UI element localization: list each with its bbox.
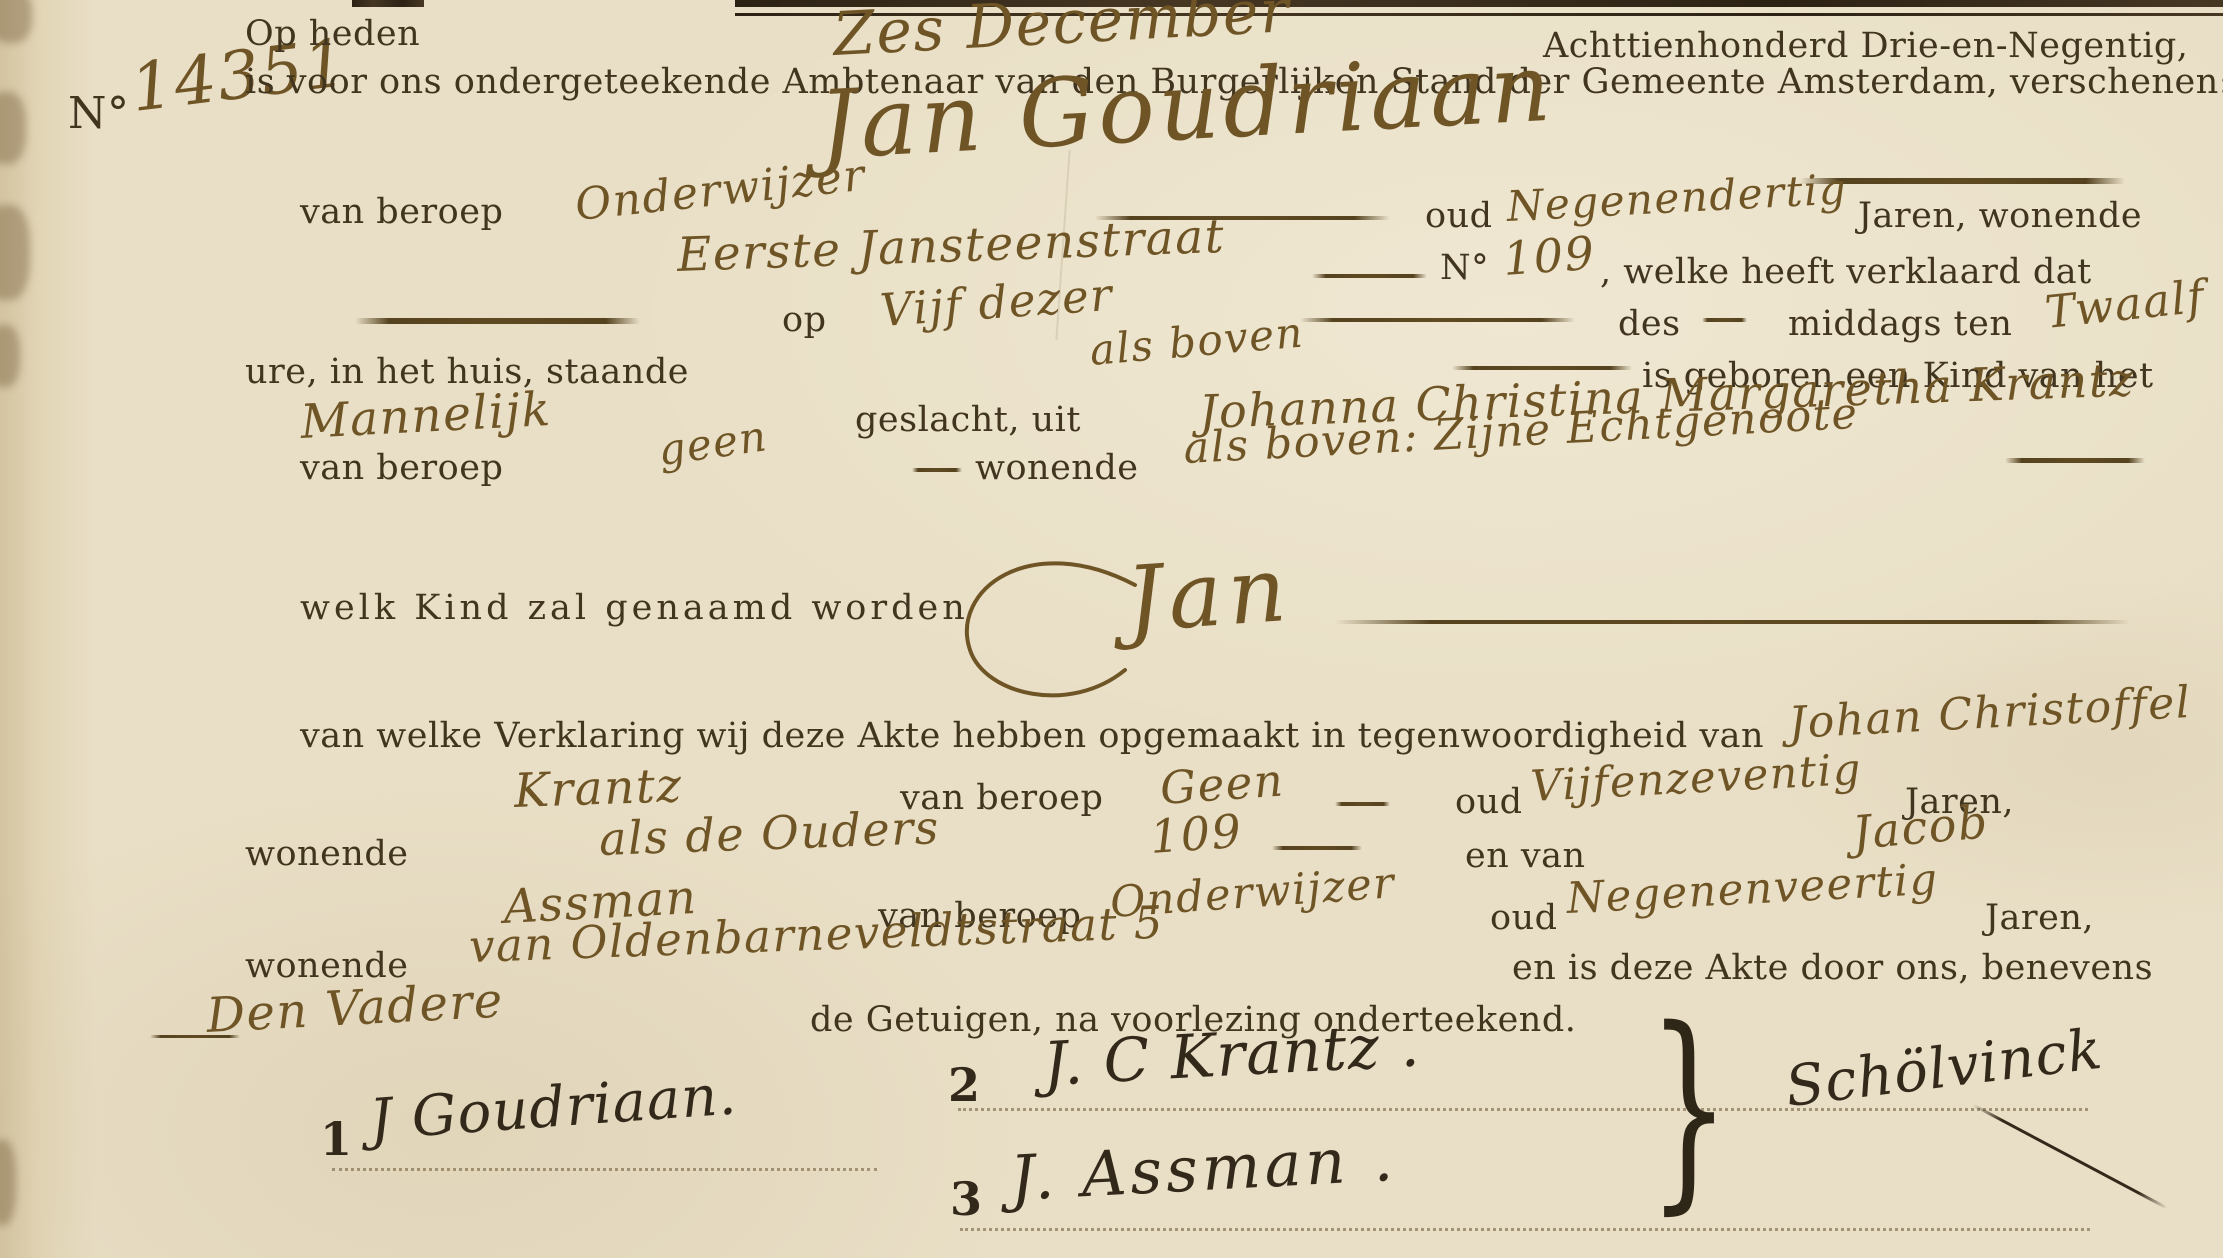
signature-line-3 xyxy=(960,1228,2090,1231)
label-en-van: en van xyxy=(1465,836,1586,876)
hw-birth-day: Vijf dezer xyxy=(878,268,1114,337)
label-wonende-1: wonende xyxy=(975,448,1138,488)
signature-brace: } xyxy=(1648,1000,1730,1215)
hw-witness1-housenumber: 109 xyxy=(1148,804,1244,864)
ink-dash xyxy=(1335,620,2130,624)
hw-child-name: Jan xyxy=(1123,537,1296,653)
label-wonende-2: wonende xyxy=(245,834,408,874)
hw-witness2-age: Negenenveertig xyxy=(1565,855,1939,924)
birth-certificate-page: N° 14351 Op heden Zes December Achttienh… xyxy=(0,0,2223,1258)
hw-witness2-firstname: Jacob xyxy=(1850,794,1990,860)
ink-dash xyxy=(1452,366,1632,370)
label-geslacht-uit: geslacht, uit xyxy=(855,400,1081,440)
bleed-through-mark xyxy=(0,205,30,300)
label-jaren-wonende: Jaren, wonende xyxy=(1858,196,2142,236)
label-verklaard: , welke heeft verklaard dat xyxy=(1600,252,2092,292)
hw-witness1-firstname: Johan Christoffel xyxy=(1787,677,2192,749)
label-jaren-2: Jaren, xyxy=(1985,898,2094,938)
ink-dash xyxy=(1335,802,1390,806)
label-year: Achttienhonderd Drie-en-Negentig, xyxy=(1543,26,2188,66)
hw-mother-occupation: geen xyxy=(655,411,770,475)
label-no: N° xyxy=(1440,248,1489,288)
signature-witness2: J. Assman . xyxy=(1008,1122,1398,1215)
label-middags-ten: middags ten xyxy=(1788,304,2012,344)
hw-declarant-street: Eerste Jansteenstraat xyxy=(676,209,1226,283)
ink-dash xyxy=(150,1035,240,1038)
label-oud-1: oud xyxy=(1425,196,1493,236)
label-oud-3: oud xyxy=(1490,898,1558,938)
signature-line-2 xyxy=(958,1108,2088,1111)
label-closing-1: en is deze Akte door ons, benevens xyxy=(1512,948,2153,988)
hw-child-gender: Mannelijk xyxy=(299,382,553,450)
label-child-name: welk Kind zal genaamd worden xyxy=(300,588,969,628)
signature-number-3: 3 xyxy=(950,1172,983,1226)
signature-line-1 xyxy=(332,1168,877,1171)
signature-official: Schölvinck xyxy=(1782,1017,2106,1120)
margin-no-label: N° xyxy=(68,88,130,139)
bleed-through-mark xyxy=(0,92,26,164)
label-op-heden: Op heden xyxy=(245,14,420,54)
bleed-through-mark xyxy=(0,1140,16,1225)
ink-dash xyxy=(1702,318,1747,322)
hw-birth-location: als boven xyxy=(1088,307,1306,375)
signature-number-2: 2 xyxy=(948,1058,981,1112)
label-van-beroep-1: van beroep xyxy=(300,192,503,232)
ink-dash xyxy=(1272,846,1362,850)
top-rule-fragment xyxy=(352,0,424,7)
ink-flourish-stroke xyxy=(1972,1104,2168,1210)
label-op: op xyxy=(782,300,826,340)
hw-witness1-residence: als de Ouders xyxy=(598,800,940,866)
ink-dash xyxy=(912,468,962,472)
bleed-through-mark xyxy=(0,0,32,43)
signature-declarant: J Goudriaan. xyxy=(367,1062,739,1153)
label-van-beroep-2: van beroep xyxy=(300,448,503,488)
hw-house-number: 109 xyxy=(1501,226,1597,286)
ink-dash xyxy=(355,318,640,324)
label-des: des xyxy=(1618,304,1681,344)
hw-declarant-age: Negenendertig xyxy=(1505,164,1848,231)
ink-dash xyxy=(1312,274,1427,278)
bleed-through-mark xyxy=(0,325,20,387)
label-oud-2: oud xyxy=(1455,782,1523,822)
label-witness-intro: van welke Verklaring wij deze Akte hebbe… xyxy=(300,716,1764,756)
ink-dash xyxy=(1300,318,1575,322)
ink-dash xyxy=(1800,178,2125,184)
ink-dash xyxy=(2005,458,2145,463)
hw-declarant-occupation: Onderwijzer xyxy=(573,150,869,231)
signature-number-1: 1 xyxy=(320,1112,353,1166)
